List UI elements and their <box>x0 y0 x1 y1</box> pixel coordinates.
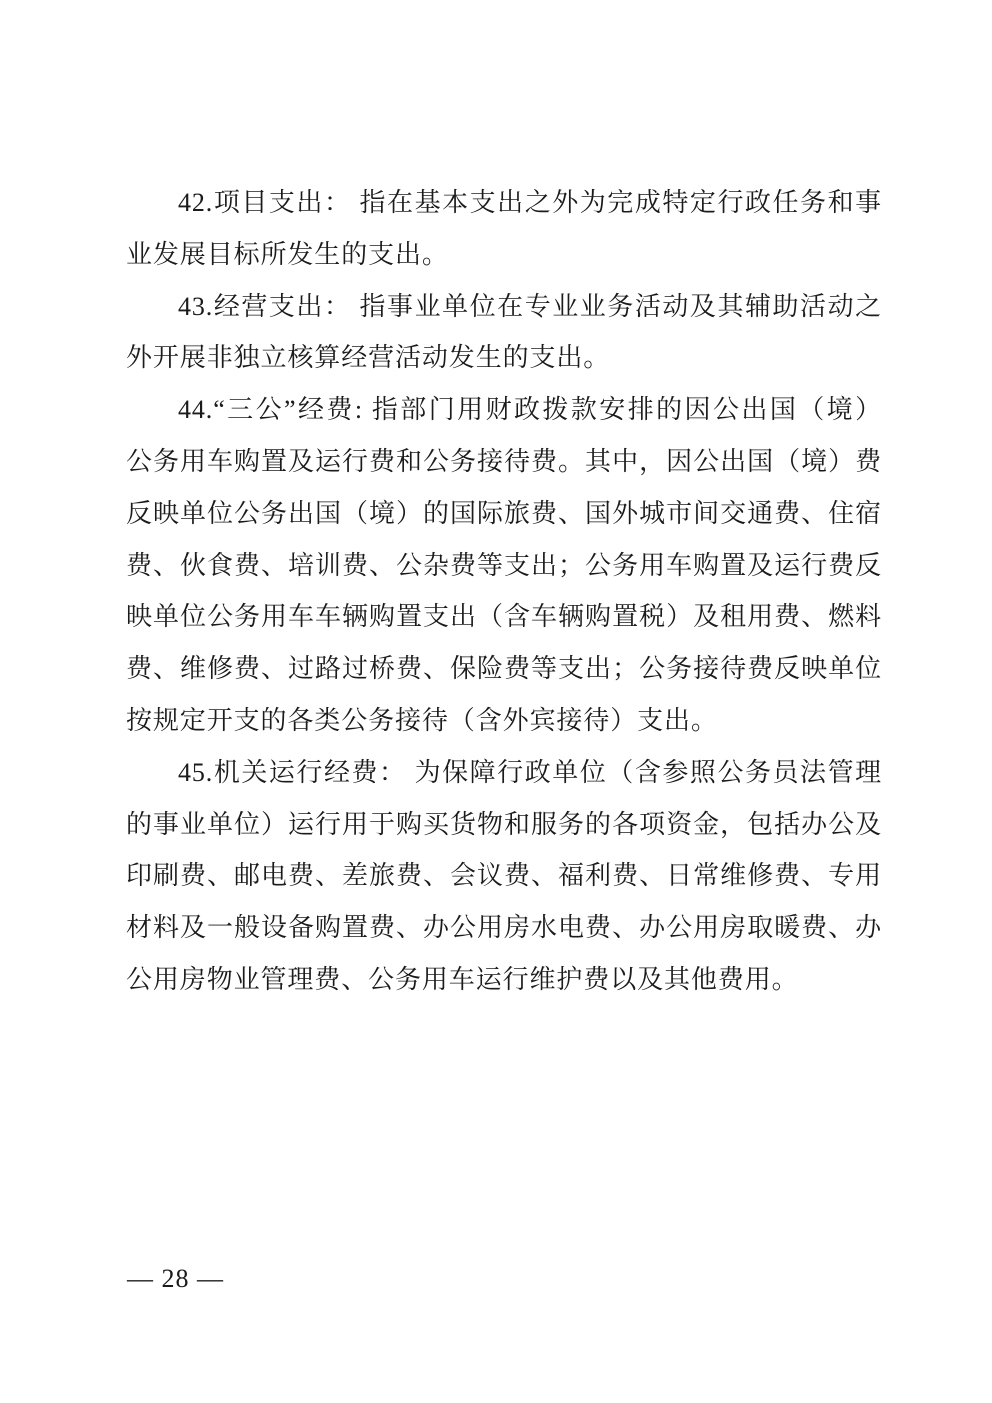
text-line: 按规定开支的各类公务接待（含外宾接待）支出。 <box>126 695 882 747</box>
text-line: 公务用车购置及运行费和公务接待费。其中，因公出国（境）费 <box>126 436 882 488</box>
text-line: 印刷费、邮电费、差旅费、会议费、福利费、日常维修费、专用 <box>126 850 882 902</box>
page-number: — 28 — <box>127 1264 224 1293</box>
text-line: 43.经营支出： 指事业单位在专业业务活动及其辅助活动之 <box>126 281 882 333</box>
text-line: 的事业单位）运行用于购买货物和服务的各项资金，包括办公及 <box>126 799 882 851</box>
definition-item-44: 44.“三公”经费: 指部门用财政拨款安排的因公出国（境）费、 公务用车购置及运… <box>126 384 882 747</box>
text-line: 反映单位公务出国（境）的国际旅费、国外城市间交通费、住宿 <box>126 488 882 540</box>
text-line: 公用房物业管理费、公务用车运行维护费以及其他费用。 <box>126 954 882 1006</box>
text-line: 45.机关运行经费： 为保障行政单位（含参照公务员法管理 <box>126 747 882 799</box>
text-content: 42.项目支出： 指在基本支出之外为完成特定行政任务和事 业发展目标所发生的支出… <box>126 177 882 1006</box>
text-line: 外开展非独立核算经营活动发生的支出。 <box>126 332 882 384</box>
text-line: 44.“三公”经费: 指部门用财政拨款安排的因公出国（境）费、 <box>126 384 882 436</box>
text-line: 42.项目支出： 指在基本支出之外为完成特定行政任务和事 <box>126 177 882 229</box>
text-line: 映单位公务用车车辆购置支出（含车辆购置税）及租用费、燃料 <box>126 591 882 643</box>
page-footer: — 28 — <box>127 1264 224 1294</box>
document-page: 42.项目支出： 指在基本支出之外为完成特定行政任务和事 业发展目标所发生的支出… <box>0 0 992 1403</box>
text-line: 材料及一般设备购置费、办公用房水电费、办公用房取暖费、办 <box>126 902 882 954</box>
text-line: 费、伙食费、培训费、公杂费等支出；公务用车购置及运行费反 <box>126 540 882 592</box>
definition-item-42: 42.项目支出： 指在基本支出之外为完成特定行政任务和事 业发展目标所发生的支出… <box>126 177 882 281</box>
text-line: 费、维修费、过路过桥费、保险费等支出；公务接待费反映单位 <box>126 643 882 695</box>
text-line: 业发展目标所发生的支出。 <box>126 229 882 281</box>
definition-item-43: 43.经营支出： 指事业单位在专业业务活动及其辅助活动之 外开展非独立核算经营活… <box>126 281 882 385</box>
definition-item-45: 45.机关运行经费： 为保障行政单位（含参照公务员法管理 的事业单位）运行用于购… <box>126 747 882 1006</box>
